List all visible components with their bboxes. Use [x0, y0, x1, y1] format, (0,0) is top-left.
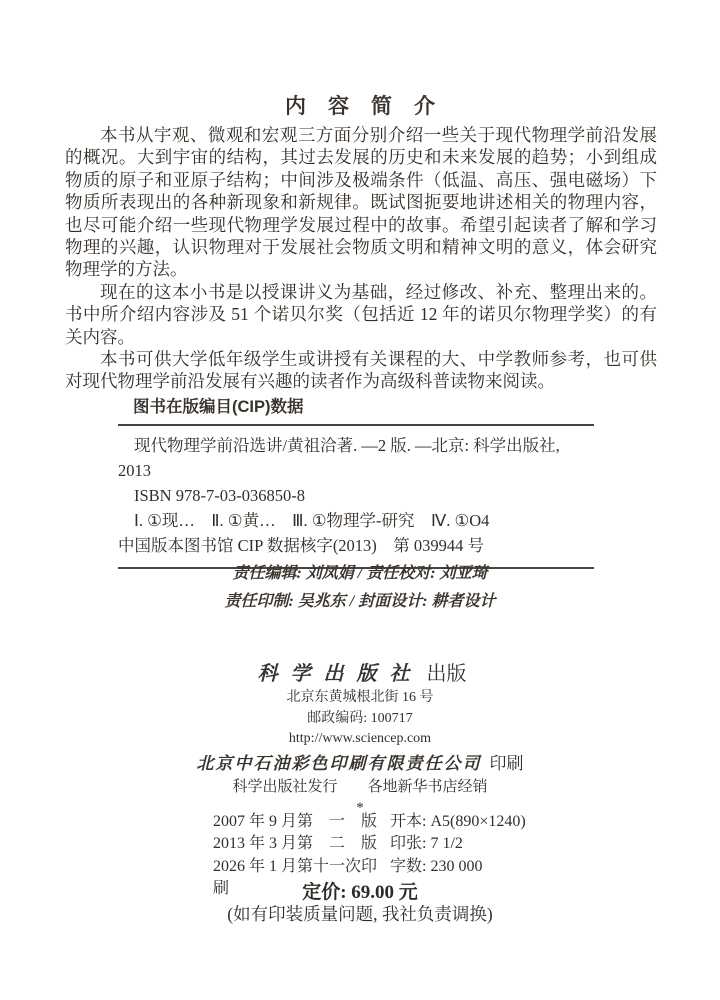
edition-format: 开本: A5(890×1240) [390, 811, 613, 833]
edition-date: 2007 年 9 月第 一 版 [213, 811, 390, 833]
publisher-role-label: 出版 [427, 663, 467, 685]
publisher-block: 科学出版社出版 北京东黄城根北街 16 号 邮政编码: 100717 http:… [0, 660, 720, 816]
staff-editors-line: 责任编辑: 刘凤娟 / 责任校对: 刘亚琦 [0, 560, 720, 588]
publisher-website: http://www.sciencep.com [0, 729, 720, 750]
publisher-address: 北京东黄城根北街 16 号 [0, 688, 720, 709]
publisher-name-line: 科学出版社出版 [0, 660, 720, 688]
cip-year: 2013 [118, 458, 594, 483]
edition-sheets: 印张: 7 1/2 [390, 833, 613, 855]
cip-registry: 中国版本图书馆 CIP 数据核字(2013) 第 039944 号 [118, 533, 594, 558]
staff-credits: 责任编辑: 刘凤娟 / 责任校对: 刘亚琦 责任印制: 吴兆东 / 封面设计: … [0, 560, 720, 616]
printer-role-label: 印刷 [490, 754, 524, 773]
summary-paragraph-3: 本书可供大学低年级学生或讲授有关课程的大、中学教师参考，也可供对现代物理学前沿发… [65, 348, 657, 393]
edition-date: 2013 年 3 月第 二 版 [213, 833, 390, 855]
distribution-line: 科学出版社发行 各地新华书店经销 [0, 776, 720, 799]
summary-paragraph-2: 现在的这本小书是以授课讲义为基础，经过修改、补充、整理出来的。书中所介绍内容涉及… [65, 281, 657, 348]
book-copyright-page: 内容简介 本书从宇观、微观和宏观三方面分别介绍一些关于现代物理学前沿发展的概况。… [0, 0, 720, 1000]
page-title: 内容简介 [0, 90, 720, 120]
cip-isbn: ISBN 978-7-03-036850-8 [118, 483, 594, 508]
cip-title-line: 现代物理学前沿选讲/黄祖洽著. —2 版. —北京: 科学出版社, [118, 433, 594, 458]
printer-line: 北京中石油彩色印刷有限责任公司印刷 [0, 751, 720, 776]
publisher-name: 科学出版社 [254, 663, 423, 685]
quality-note: (如有印装质量问题, 我社负责调换) [0, 901, 720, 926]
edition-row: 2013 年 3 月第 二 版 印张: 7 1/2 [213, 833, 613, 855]
cip-heading: 图书在版编目(CIP)数据 [118, 393, 594, 424]
price-line: 定价: 69.00 元 [0, 877, 720, 904]
cip-block: 图书在版编目(CIP)数据 现代物理学前沿选讲/黄祖洽著. —2 版. —北京:… [118, 393, 594, 569]
staff-print-design-line: 责任印制: 吴兆东 / 封面设计: 耕者设计 [0, 588, 720, 616]
edition-row: 2007 年 9 月第 一 版 开本: A5(890×1240) [213, 811, 613, 833]
cip-classification: Ⅰ. ①现… Ⅱ. ①黄… Ⅲ. ①物理学-研究 Ⅳ. ①O4 [118, 508, 594, 533]
printer-name: 北京中石油彩色印刷有限责任公司 [197, 754, 482, 773]
cip-body: 现代物理学前沿选讲/黄祖洽著. —2 版. —北京: 科学出版社, 2013 I… [118, 424, 594, 569]
content-summary: 本书从宇观、微观和宏观三方面分别介绍一些关于现代物理学前沿发展的概况。大到宇宙的… [65, 124, 657, 393]
summary-paragraph-1: 本书从宇观、微观和宏观三方面分别介绍一些关于现代物理学前沿发展的概况。大到宇宙的… [65, 124, 657, 281]
publisher-postcode: 邮政编码: 100717 [0, 709, 720, 730]
